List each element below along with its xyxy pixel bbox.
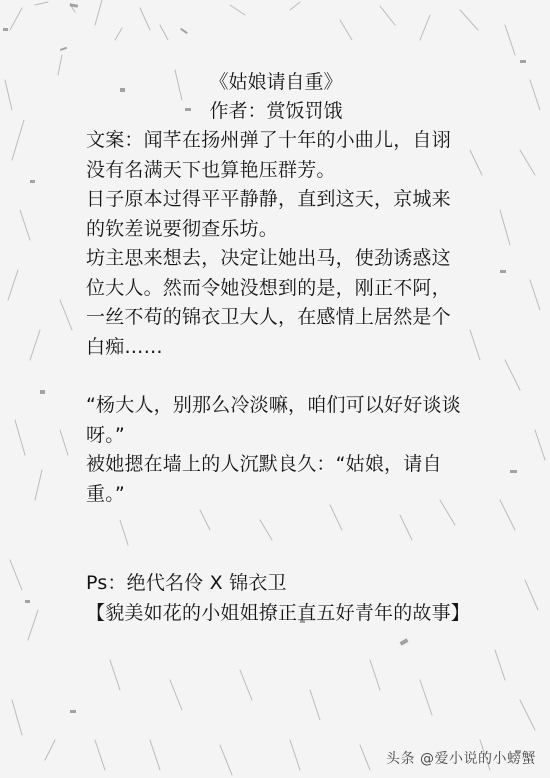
dialogue-paragraph: “杨大人，别那么冷淡嘛，咱们可以好好谈谈呀。”	[86, 391, 466, 450]
book-title: 《姑娘请自重》	[86, 68, 466, 97]
synopsis-paragraph: 坊主思来想去，决定让她出马，使劲诱惑这位大人。然而令她没想到的是，刚正不阿，一丝…	[86, 244, 466, 362]
ps-note: Ps：绝代名伶 X 锦衣卫	[86, 569, 466, 599]
book-author: 作者：赏饭罚饿	[86, 97, 466, 126]
document-body: 《姑娘请自重》 作者：赏饭罚饿 文案：闻芊在扬州弹了十年的小曲儿，自诩没有名满天…	[86, 68, 466, 628]
paragraph-spacer	[86, 362, 466, 391]
synopsis-paragraph: 日子原本过得平平静静，直到这天，京城来的钦差说要彻查乐坊。	[86, 185, 466, 244]
tagline: 【貌美如花的小姐姐撩正直五好青年的故事】	[86, 599, 466, 629]
paragraph-spacer	[86, 509, 466, 569]
watermark-text: 头条 @爱小说的小螃蟹	[386, 748, 536, 768]
synopsis-paragraph: 文案：闻芊在扬州弹了十年的小曲儿，自诩没有名满天下也算艳压群芳。	[86, 126, 466, 185]
dialogue-paragraph: 被她摁在墙上的人沉默良久：“姑娘，请自重。”	[86, 450, 466, 509]
